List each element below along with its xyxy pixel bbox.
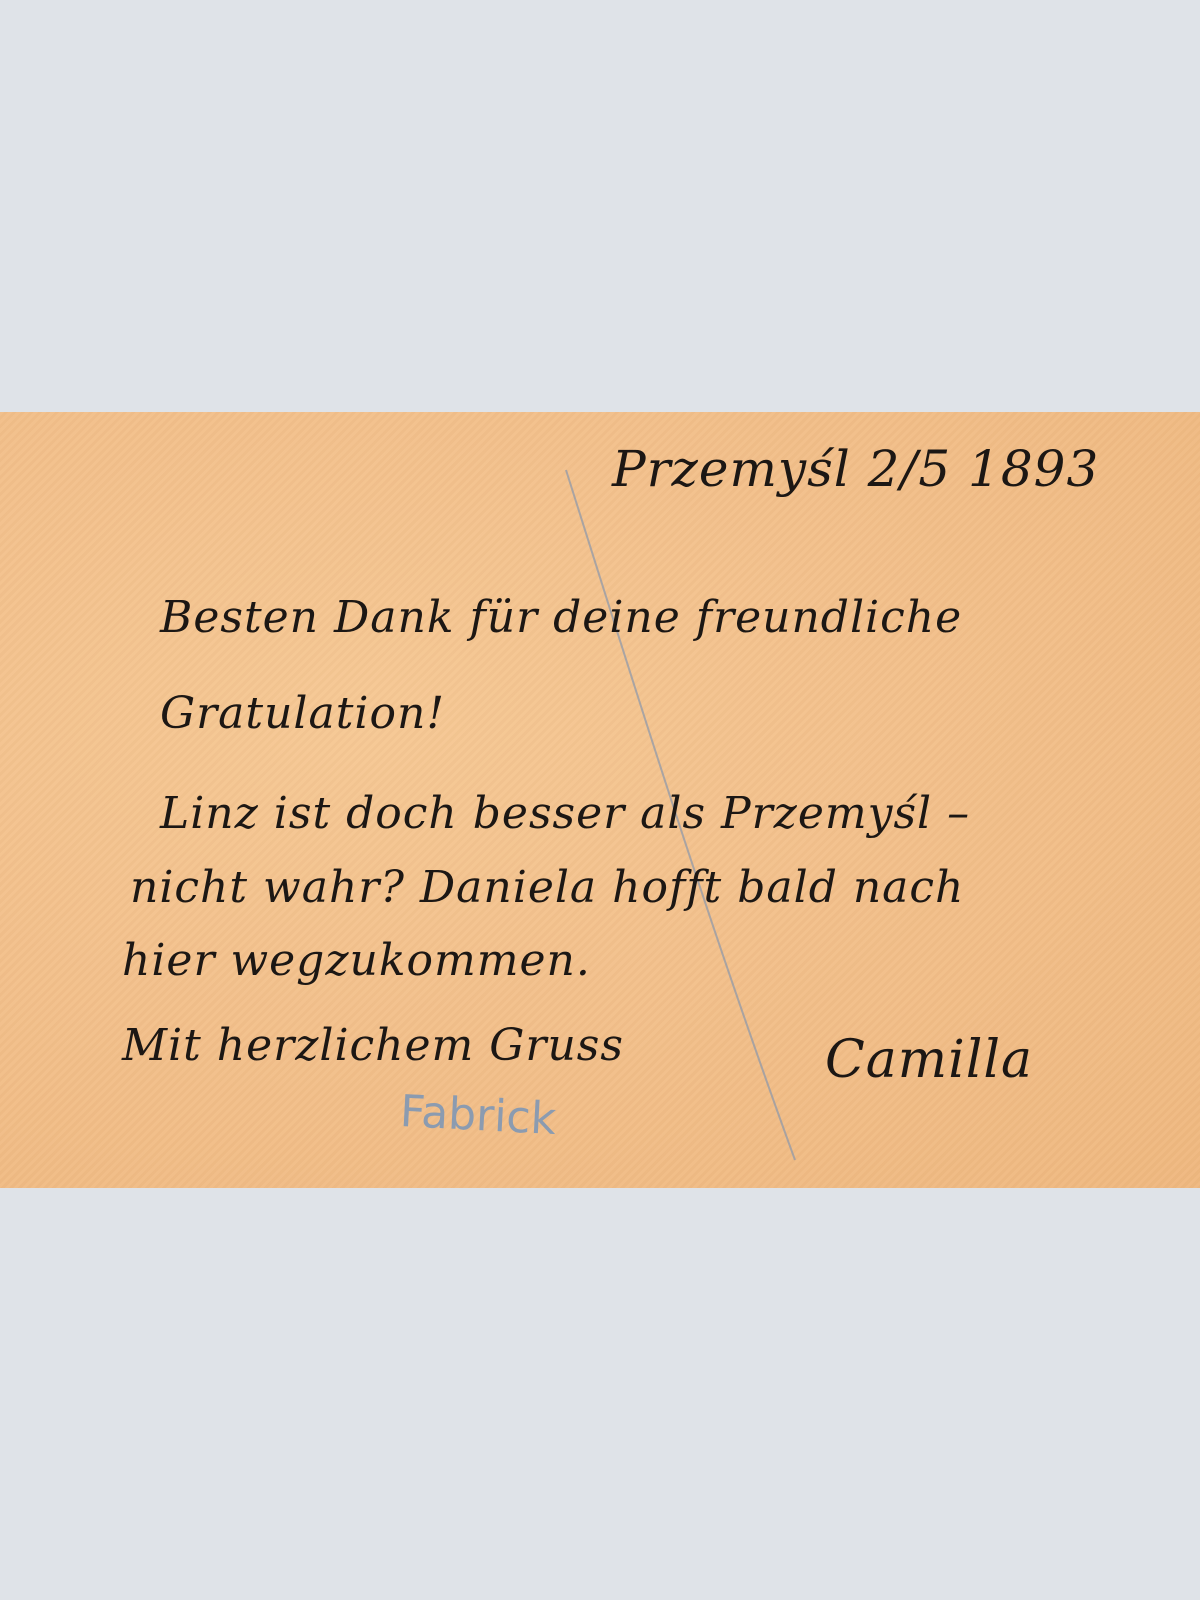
letter-line-2: Gratulation! bbox=[160, 688, 445, 739]
place-date: Przemyśl 2/5 1893 bbox=[612, 440, 1099, 498]
signature: Camilla bbox=[825, 1030, 1033, 1090]
letter-line-4: nicht wahr? Daniela hofft bald nach bbox=[130, 862, 964, 913]
letter-line-1: Besten Dank für deine freundliche bbox=[160, 592, 962, 643]
letter-line-5: hier wegzukommen. bbox=[122, 935, 591, 986]
letter-line-3: Linz ist doch besser als Przemyśl – bbox=[160, 788, 970, 839]
pencil-note: Fabrick bbox=[399, 1086, 558, 1145]
letter-line-6: Mit herzlichem Gruss bbox=[122, 1020, 624, 1071]
